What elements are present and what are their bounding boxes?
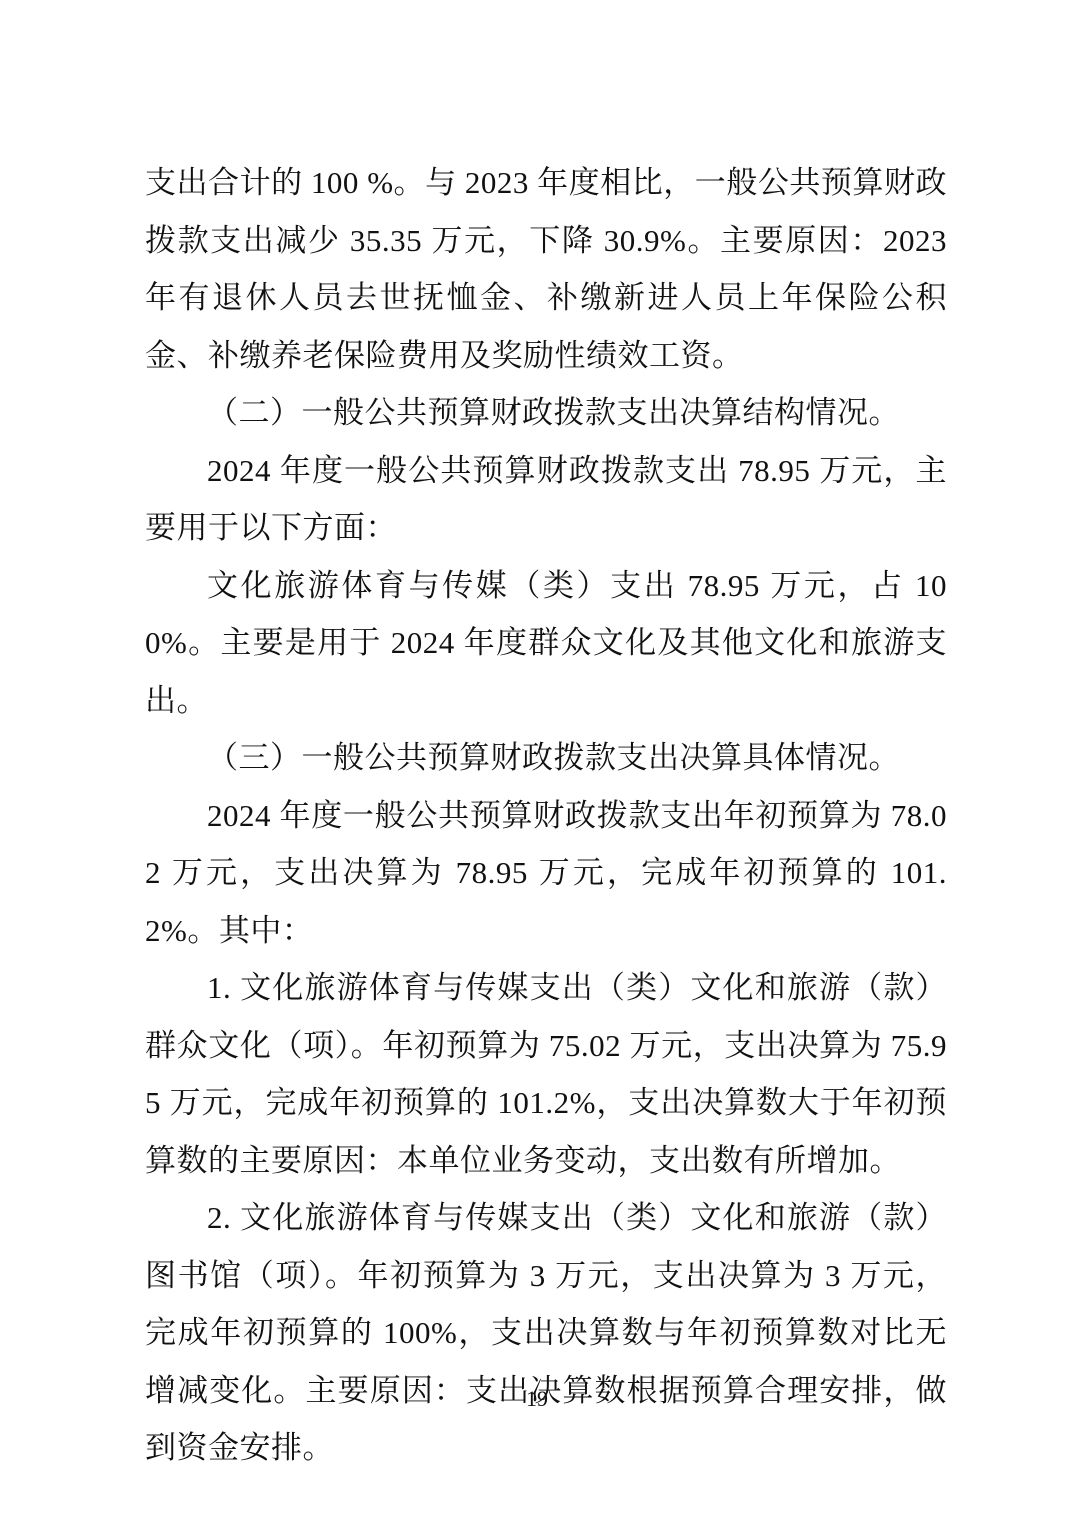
paragraph-continuation: 支出合计的 100 %。与 2023 年度相比，一般公共预算财政拨款支出减少 3… — [145, 154, 947, 384]
page-number: 19 — [0, 1386, 1074, 1412]
paragraph-section-2-detail: 文化旅游体育与传媒（类）支出 78.95 万元，占 100%。主要是用于 202… — [145, 557, 947, 730]
paragraph-item-1: 1. 文化旅游体育与传媒支出（类）文化和旅游（款）群众文化（项）。年初预算为 7… — [145, 959, 947, 1189]
paragraph-section-3-intro: 2024 年度一般公共预算财政拨款支出年初预算为 78.02 万元，支出决算为 … — [145, 787, 947, 960]
paragraph-section-2-intro: 2024 年度一般公共预算财政拨款支出 78.95 万元，主要用于以下方面： — [145, 442, 947, 557]
document-body: 支出合计的 100 %。与 2023 年度相比，一般公共预算财政拨款支出减少 3… — [145, 154, 947, 1477]
paragraph-item-2: 2. 文化旅游体育与传媒支出（类）文化和旅游（款）图书馆（项）。年初预算为 3 … — [145, 1189, 947, 1477]
heading-section-2: （二）一般公共预算财政拨款支出决算结构情况。 — [145, 384, 947, 442]
document-page: 支出合计的 100 %。与 2023 年度相比，一般公共预算财政拨款支出减少 3… — [0, 0, 1074, 1520]
heading-section-3: （三）一般公共预算财政拨款支出决算具体情况。 — [145, 729, 947, 787]
